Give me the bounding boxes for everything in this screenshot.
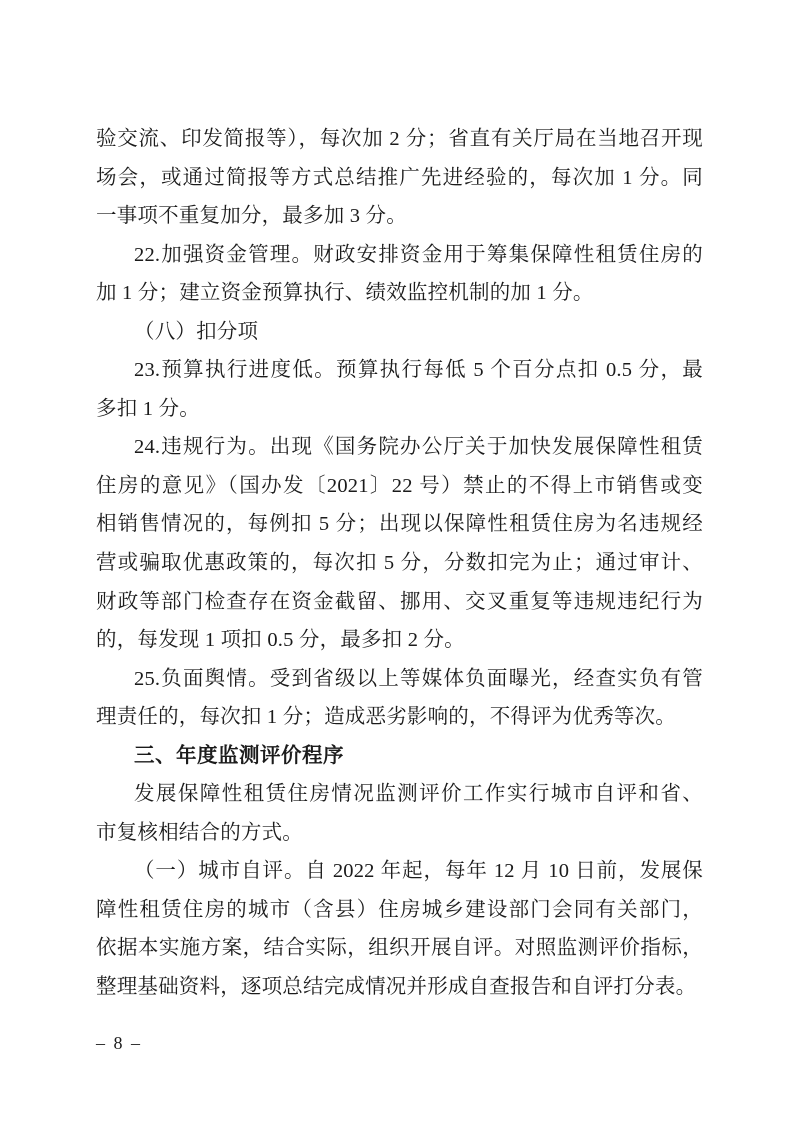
text-line: 营或骗取优惠政策的，每次扣 5 分，分数扣完为止；通过审计、 <box>96 544 703 583</box>
text-line: 三、年度监测评价程序 <box>96 737 703 776</box>
text-line: 验交流、印发简报等），每次加 2 分；省直有关厅局在当地召开现 <box>96 120 703 159</box>
para-item-24: 24.违规行为。出现《国务院办公厅关于加快发展保障性租赁住房的意见》（国办发〔2… <box>96 428 703 659</box>
text-line: 市复核相结合的方式。 <box>96 814 703 853</box>
para-item-21-continuation: 验交流、印发简报等），每次加 2 分；省直有关厅局在当地召开现场会，或通过简报等… <box>96 120 703 236</box>
text-line: 场会，或通过简报等方式总结推广先进经验的，每次加 1 分。同 <box>96 159 703 198</box>
text-line: 22.加强资金管理。财政安排资金用于筹集保障性租赁住房的 <box>96 236 703 275</box>
text-line: （八）扣分项 <box>96 313 703 352</box>
text-line: 24.违规行为。出现《国务院办公厅关于加快发展保障性租赁 <box>96 428 703 467</box>
text-line: 的，每发现 1 项扣 0.5 分，最多扣 2 分。 <box>96 621 703 660</box>
text-line: 财政等部门检查存在资金截留、挪用、交叉重复等违规违纪行为 <box>96 583 703 622</box>
document-body: 验交流、印发简报等），每次加 2 分；省直有关厅局在当地召开现场会，或通过简报等… <box>96 120 703 1007</box>
text-line: 多扣 1 分。 <box>96 390 703 429</box>
page-number: – 8 – <box>96 1031 142 1055</box>
text-line: 25.负面舆情。受到省级以上等媒体负面曝光，经查实负有管 <box>96 660 703 699</box>
text-line: 障性租赁住房的城市（含县）住房城乡建设部门会同有关部门， <box>96 891 703 930</box>
para-item-22: 22.加强资金管理。财政安排资金用于筹集保障性租赁住房的加 1 分；建立资金预算… <box>96 236 703 313</box>
text-line: 一事项不重复加分，最多加 3 分。 <box>96 197 703 236</box>
text-line: 住房的意见》（国办发〔2021〕22 号）禁止的不得上市销售或变 <box>96 467 703 506</box>
text-line: 发展保障性租赁住房情况监测评价工作实行城市自评和省、 <box>96 775 703 814</box>
text-line: 相销售情况的，每例扣 5 分；出现以保障性租赁住房为名违规经 <box>96 505 703 544</box>
text-line: 依据本实施方案，结合实际，组织开展自评。对照监测评价指标， <box>96 929 703 968</box>
text-line: 23.预算执行进度低。预算执行每低 5 个百分点扣 0.5 分，最 <box>96 351 703 390</box>
para-city-self-evaluation: （一）城市自评。自 2022 年起，每年 12 月 10 日前，发展保障性租赁住… <box>96 852 703 1006</box>
text-line: 理责任的，每次扣 1 分；造成恶劣影响的，不得评为优秀等次。 <box>96 698 703 737</box>
heading-deduction-items: （八）扣分项 <box>96 313 703 352</box>
para-item-25: 25.负面舆情。受到省级以上等媒体负面曝光，经查实负有管理责任的，每次扣 1 分… <box>96 660 703 737</box>
text-line: 整理基础资料，逐项总结完成情况并形成自查报告和自评打分表。 <box>96 968 703 1007</box>
document-page: 验交流、印发简报等），每次加 2 分；省直有关厅局在当地召开现场会，或通过简报等… <box>0 0 793 1122</box>
para-item-23: 23.预算执行进度低。预算执行每低 5 个百分点扣 0.5 分，最多扣 1 分。 <box>96 351 703 428</box>
heading-section-3: 三、年度监测评价程序 <box>96 737 703 776</box>
text-line: （一）城市自评。自 2022 年起，每年 12 月 10 日前，发展保 <box>96 852 703 891</box>
para-section-3-intro: 发展保障性租赁住房情况监测评价工作实行城市自评和省、市复核相结合的方式。 <box>96 775 703 852</box>
text-line: 加 1 分；建立资金预算执行、绩效监控机制的加 1 分。 <box>96 274 703 313</box>
